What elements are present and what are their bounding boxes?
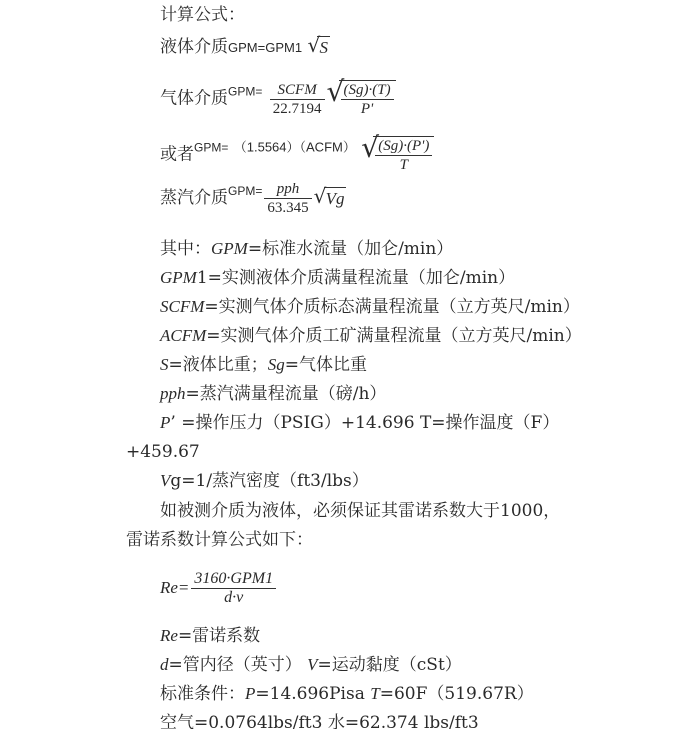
definition-acfm: ACFM=实测气体介质工矿满量程流量（立方英尺/min） bbox=[160, 325, 582, 347]
definition-scfm: SCFM=实测气体介质标态满量程流量（立方英尺/min） bbox=[160, 296, 580, 318]
definition-s-sg: S=液体比重；Sg=气体比重 bbox=[160, 354, 367, 376]
sqrt-expression: √(Sg)·(T)P' bbox=[327, 80, 396, 118]
fraction: pph63.345 bbox=[264, 180, 311, 217]
definition-p-t: P’ =操作压力（PSIG）+14.696 T=操作温度（F） bbox=[160, 412, 559, 434]
sqrt-expression: √(Sg)·(P')T bbox=[361, 136, 434, 174]
definition-gpm: 其中：GPM=标准水流量（加仑/min） bbox=[160, 238, 453, 260]
formula-lhs: GPM= bbox=[228, 85, 262, 99]
formula-label: 或者 bbox=[160, 145, 194, 165]
radical-icon: √ bbox=[307, 35, 320, 55]
formula-label: 液体介质 bbox=[160, 37, 228, 57]
formula-liquid: 液体介质GPM=GPM1 √S bbox=[160, 36, 330, 59]
fraction: SCFM22.7194 bbox=[270, 81, 325, 118]
formula-gas: 气体介质GPM= SCFM22.7194√(Sg)·(T)P' bbox=[160, 80, 396, 118]
paragraph-line-2: 雷诺系数计算公式如下： bbox=[126, 529, 313, 551]
radical-icon: √ bbox=[314, 186, 327, 206]
radical-icon: √ bbox=[327, 78, 345, 106]
definition-vg: Vg=1/蒸汽密度（ft3/lbs） bbox=[160, 470, 369, 492]
formula-or: 或者GPM= （1.5564）（ACFM） √(Sg)·(P')T bbox=[160, 136, 434, 174]
fraction: 3160·GPM1d·v bbox=[191, 570, 276, 607]
definition-re: Re=雷诺系数 bbox=[160, 625, 260, 647]
densities: 空气=0.0764lbs/ft3 水=62.374 lbs/ft3 bbox=[160, 712, 479, 729]
definition-d-v: d=管内径（英寸） V=运动黏度（cSt） bbox=[160, 654, 462, 676]
definition-gpm1: GPM1=实测液体介质满量程流量（加仑/min） bbox=[160, 267, 515, 289]
formula-label: 蒸汽介质 bbox=[160, 188, 228, 208]
definition-pph: pph=蒸汽满量程流量（磅/h） bbox=[160, 383, 386, 405]
sqrt-expression: √S bbox=[307, 36, 330, 59]
radical-icon: √ bbox=[361, 134, 379, 162]
formula-label: 气体介质 bbox=[160, 89, 228, 109]
formula-lhs: GPM= bbox=[194, 141, 228, 155]
formula-lhs: GPM= bbox=[228, 184, 262, 198]
sqrt-expression: √Vg bbox=[314, 187, 347, 210]
heading: 计算公式： bbox=[160, 4, 245, 26]
formula-lhs: GPM=GPM1 bbox=[228, 40, 302, 55]
formula-reynolds: Re=3160·GPM1d·v bbox=[160, 570, 278, 607]
definition-p-t-continued: +459.67 bbox=[126, 441, 200, 463]
formula-coef: （1.5564）（ACFM） bbox=[234, 140, 356, 155]
standard-conditions: 标准条件：P=14.696Pisa T=60F（519.67R） bbox=[160, 683, 534, 705]
paragraph-line-1: 如被测介质为液体，必须保证其雷诺系数大于1000， bbox=[160, 500, 560, 522]
formula-steam: 蒸汽介质GPM=pph63.345√Vg bbox=[160, 180, 346, 217]
formula-lhs: Re= bbox=[160, 578, 189, 597]
